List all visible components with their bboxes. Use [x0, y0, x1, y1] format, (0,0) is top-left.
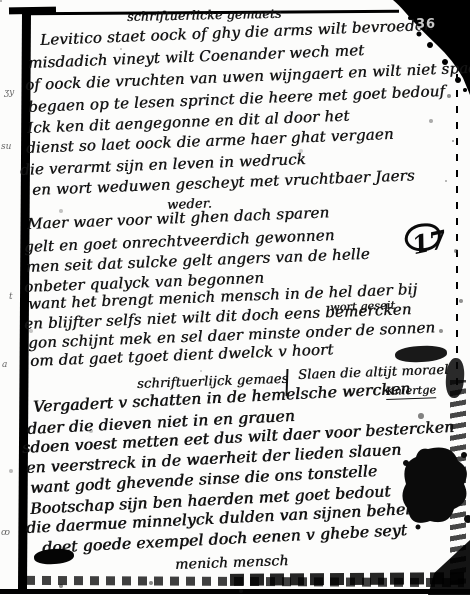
frame-bottom-speckle-2 [230, 572, 466, 586]
margin-mark: ʒy [4, 88, 14, 98]
margin-note-right: wort geseit [330, 299, 395, 314]
middle-caption-right: Slaen die altijt morael [298, 363, 449, 383]
ink-smudge-mid [395, 345, 448, 364]
ink-blot-large [398, 443, 470, 531]
frame-right-dashed-line [456, 58, 458, 388]
margin-mark: ꝏ [1, 528, 10, 538]
margin-mark: su [1, 142, 11, 152]
corner-top-right-blot [375, 0, 470, 95]
page-number: 36 [416, 17, 450, 32]
manuscript-page: 36 schriftuerlicke gemaets Levitico stae… [0, 0, 470, 600]
frame-bottom-line [0, 589, 470, 594]
page-heading: schriftuerlicke gemaets [127, 6, 282, 24]
paper-noise [0, 0, 2, 2]
ink-blot-line-start [34, 548, 75, 566]
margin-mark: a [2, 360, 7, 370]
centered-closing-line: menich mensch [175, 553, 289, 573]
margin-mark: t [9, 292, 13, 302]
flourish-numeral: 17 [409, 225, 449, 261]
